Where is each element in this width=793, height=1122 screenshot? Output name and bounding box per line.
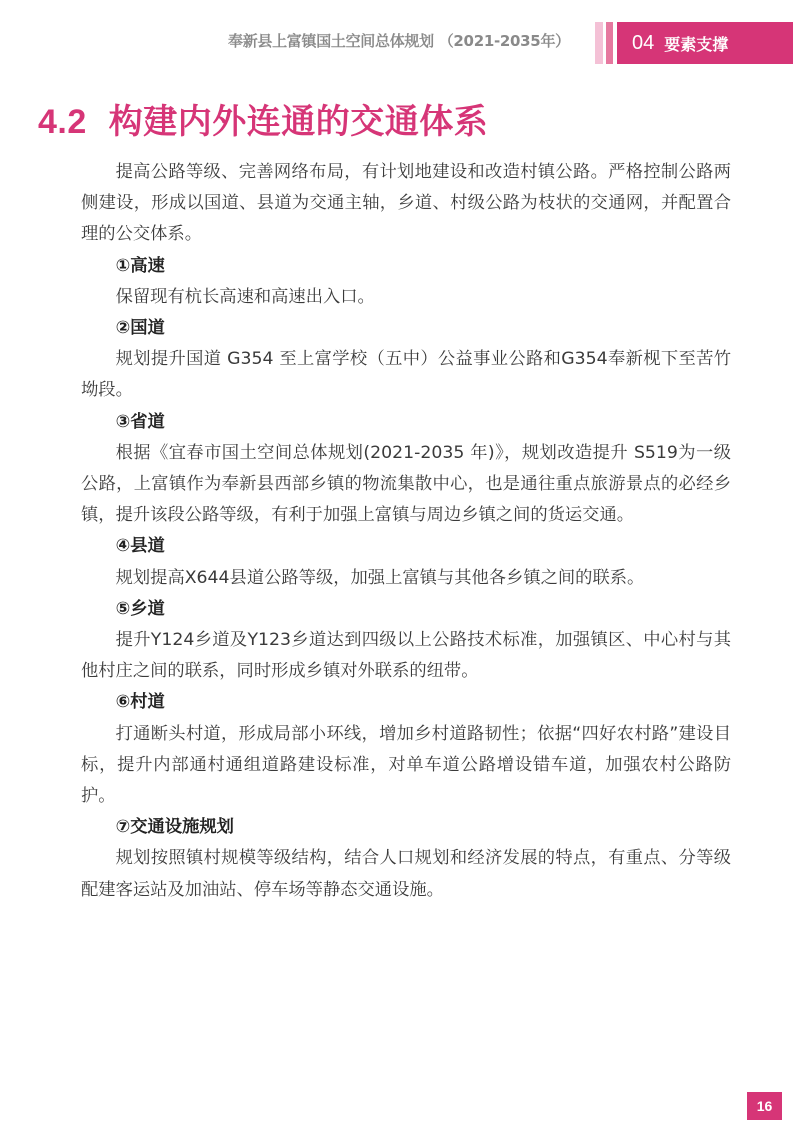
item-text-expressway: 保留现有杭长高速和高速出入口。 [81,282,731,313]
header-stripe-mid [606,22,613,64]
content-body: 提高公路等级、完善网络布局，有计划地建设和改造村镇公路。严格控制公路两侧建设，形… [81,157,731,906]
chapter-number: 04 [632,32,654,55]
item-text-transport-facilities: 规划按照镇村规模等级结构，结合人口规划和经济发展的特点，有重点、分等级配建客运站… [81,843,731,905]
item-text-county-road: 规划提高X644县道公路等级，加强上富镇与其他各乡镇之间的联系。 [81,563,731,594]
chapter-name: 要素支撑 [664,32,728,55]
item-heading-village-road: ⑥村道 [81,687,731,718]
item-heading-national-road: ②国道 [81,313,731,344]
section-number: 4.2 [38,103,87,141]
intro-paragraph: 提高公路等级、完善网络布局，有计划地建设和改造村镇公路。严格控制公路两侧建设，形… [81,157,731,251]
item-text-township-road: 提升Y124乡道及Y123乡道达到四级以上公路技术标准，加强镇区、中心村与其他村… [81,625,731,687]
item-heading-county-road: ④县道 [81,531,731,562]
item-text-provincial-road: 根据《宜春市国土空间总体规划(2021-2035 年)》，规划改造提升 S519… [81,438,731,532]
item-text-village-road: 打通断头村道，形成局部小环线，增加乡村道路韧性；依据“四好农村路”建设目标，提升… [81,719,731,813]
item-text-national-road: 规划提升国道 G354 至上富学校（五中）公益事业公路和G354奉新枧下至苦竹坳… [81,344,731,406]
document-title: 奉新县上富镇国土空间总体规划 （2021-2035年） [228,30,588,51]
page-number: 16 [747,1092,782,1120]
item-heading-transport-facilities: ⑦交通设施规划 [81,812,731,843]
item-heading-township-road: ⑤乡道 [81,594,731,625]
item-heading-provincial-road: ③省道 [81,407,731,438]
section-title: 4.2构建内外连通的交通体系 [38,94,488,143]
chapter-banner: 04 要素支撑 [617,22,793,64]
header-stripe-light [595,22,603,64]
section-heading: 构建内外连通的交通体系 [109,102,489,142]
item-heading-expressway: ①高速 [81,251,731,282]
